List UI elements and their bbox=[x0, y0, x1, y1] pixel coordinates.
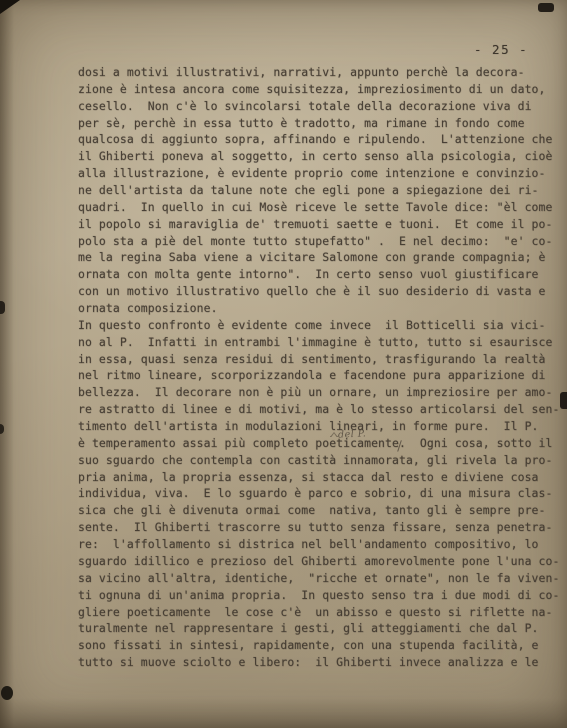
text-line: il Ghiberti poneva al soggetto, in certo… bbox=[78, 148, 556, 165]
text-line: turalmente nel rappresentare i gesti, gl… bbox=[78, 620, 556, 637]
text-line: sica che gli è divenuta ormai come nativ… bbox=[78, 502, 556, 519]
photo-artifact-right bbox=[560, 392, 567, 409]
left-edge-shadow bbox=[0, 0, 14, 728]
text-line: cesello. Non c'è lo svincolarsi totale d… bbox=[78, 98, 556, 115]
text-line: ne dell'artista da talune note che egli … bbox=[78, 182, 556, 199]
text-line: ti ognuna di un'anima propria. In questo… bbox=[78, 587, 556, 604]
text-line: alla illustrazione, è evidente proprio c… bbox=[78, 165, 556, 182]
text-line: per sè, perchè in essa tutto è tradotto,… bbox=[78, 115, 556, 132]
text-line: individua, viva. E lo sguardo è parco e … bbox=[78, 485, 556, 502]
text-line: re astratto di linee e di motivi, ma è l… bbox=[78, 401, 556, 418]
bottom-edge-shadow bbox=[0, 698, 567, 728]
text-line: suo sguardo che contempla con castità in… bbox=[78, 452, 556, 469]
text-line: sguardo idillico e prezioso del Ghiberti… bbox=[78, 553, 556, 570]
text-line: polo sta a piè del monte tutto stupefatt… bbox=[78, 233, 556, 250]
text-line: quadri. In quello in cui Mosè riceve le … bbox=[78, 199, 556, 216]
text-line: il popolo si maraviglia de' tremuoti sae… bbox=[78, 216, 556, 233]
text-line: tutto si muove sciolto e libero: il Ghib… bbox=[78, 654, 556, 671]
document-page: - 25 - dosi a motivi illustrativi, narra… bbox=[0, 0, 567, 728]
text-line: sono fissati in sintesi, rapidamente, co… bbox=[78, 637, 556, 654]
text-line: è temperamento assai più completo poetic… bbox=[78, 435, 556, 452]
photo-artifact-left-1 bbox=[0, 301, 5, 314]
text-line: ornata con molta gente intorno". In cert… bbox=[78, 266, 556, 283]
text-line: timento dell'artista in modulazioni line… bbox=[78, 418, 556, 435]
text-line: no al P. Infatti in entrambi l'immagine … bbox=[78, 334, 556, 351]
text-line: pria anima, la propria essenza, si stacc… bbox=[78, 469, 556, 486]
typewritten-text-block: dosi a motivi illustrativi, narrativi, a… bbox=[78, 64, 556, 671]
photo-artifact-left-2 bbox=[0, 424, 4, 434]
photo-artifact-top-right bbox=[538, 3, 554, 12]
photo-artifact-top-left bbox=[0, 0, 20, 14]
text-line: nel ritmo lineare, scorporizzandola e fa… bbox=[78, 367, 556, 384]
text-line: bellezza. Il decorare non è più un ornar… bbox=[78, 384, 556, 401]
text-line: me la regina Saba viene a vicitare Salom… bbox=[78, 249, 556, 266]
text-line: con un motivo illustrativo quello che è … bbox=[78, 283, 556, 300]
text-line: dosi a motivi illustrativi, narrativi, a… bbox=[78, 64, 556, 81]
text-line: in essa, quasi senza residui di sentimen… bbox=[78, 351, 556, 368]
text-line: sente. Il Ghiberti trascorre su tutto se… bbox=[78, 519, 556, 536]
text-line: re: l'affollamento si districa nel bell'… bbox=[78, 536, 556, 553]
text-line: In questo confronto è evidente come inve… bbox=[78, 317, 556, 334]
text-line: ornata composizione. bbox=[78, 300, 556, 317]
text-line: zione è intesa ancora come squisitezza, … bbox=[78, 81, 556, 98]
page-number: - 25 - bbox=[474, 42, 528, 57]
text-line: sa vicino all'altra, identiche, "ricche … bbox=[78, 570, 556, 587]
text-line: qualcosa di aggiunto sopra, affinando e … bbox=[78, 131, 556, 148]
handwritten-annotation: del P. bbox=[338, 428, 367, 440]
text-line: gliere poeticamente le cose c'è un abiss… bbox=[78, 604, 556, 621]
photo-artifact-bottom-left bbox=[1, 686, 13, 700]
